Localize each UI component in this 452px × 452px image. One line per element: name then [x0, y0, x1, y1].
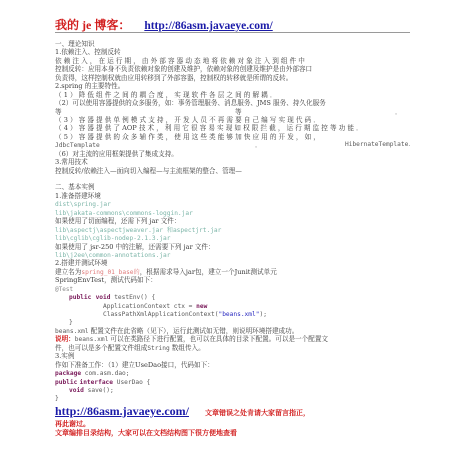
- jar-path: lib\aspectj\aspectjweaver.jar 和aspectjrt…: [55, 227, 221, 234]
- code-keyword: public: [55, 379, 77, 386]
- feature-item: （ 3 ） 容 器 提 供 单 例 模 式 支 持 ， 开 发 人 员 不 再 …: [55, 116, 415, 124]
- code-keyword: package: [55, 370, 81, 377]
- paragraph-line: 作如下准备工作：（1）建立UseDao接口，代码如下：: [55, 361, 415, 369]
- code-keyword: void: [96, 294, 111, 301]
- footer-note: 文章错误之处肯请大家留言指正，: [205, 408, 310, 417]
- paragraph-line: 负责得，这样控制权就由应用转移到了外部容器，控制权的转移就是所谓的反转。: [55, 74, 415, 82]
- footer-structure-note: 文章编排目录结构，大家可以在文档结构图下很方便地查看: [55, 428, 425, 437]
- document-body: 一、理论知识 1.依赖注入、控制反转 依 赖 注 入 ， 在 运 行 期 ， 由…: [55, 40, 415, 403]
- text: 等: [235, 108, 242, 116]
- paragraph-line: 如果使用了 jsr-250 中的注解，还需要下列 jar 文件：: [55, 243, 415, 251]
- blog-label: 我的 je 博客：: [55, 18, 130, 32]
- feature-item: （ 4 ） 容 器 提 供 了 AOP 技 术 ， 利 用 它 很 容 易 实 …: [55, 124, 415, 132]
- code-text: UserDao {: [113, 379, 150, 386]
- subheading: 1.依赖注入、控制反转: [55, 48, 415, 56]
- file-name: beans.xml: [55, 328, 89, 335]
- footer-thanks: 再此谢过。: [55, 419, 425, 428]
- text: 数组传入。: [170, 344, 205, 352]
- section-heading: 二、基本实例: [55, 183, 415, 191]
- class-name: HibernateTemplate．: [345, 141, 415, 149]
- subheading: 1.准备搭建环境: [55, 192, 415, 200]
- text: ，根据需求导入jar包，建立一个Junit测试单元: [140, 268, 277, 276]
- feature-item: （2）可以使用容器提供的众多服务，如：事务管理服务、消息服务、JMS 服务、持久…: [55, 99, 415, 107]
- feature-item: （ 1 ） 降 低 组 件 之 间 的 耦 合 度 ， 实 现 软 件 各 层 …: [55, 91, 415, 99]
- subheading: 2.spring 的主要特性。: [55, 82, 415, 90]
- type-name: String: [147, 345, 169, 352]
- code-keyword: public: [69, 294, 91, 301]
- feature-item-cont: JdbcTemplate ． HibernateTemplate．: [55, 141, 415, 149]
- jar-path: lib\cglib\cglib-nodep-2.1.3.jar: [55, 235, 170, 242]
- feature-item: （6）对主流的应用框架提供了集成支持。: [55, 150, 415, 158]
- paragraph-line: 控制反转/依赖注入—面向切入编程—与主流框架的整合、管理—: [55, 167, 415, 175]
- code-text: ClassPathXmlApplicationContext(: [103, 311, 218, 318]
- code-annotation: @Test: [55, 286, 73, 293]
- code-line: package com.asm.dao;: [55, 369, 415, 377]
- paragraph-line: 件，也可以是多个配置文件组成String 数组传入。: [55, 344, 415, 352]
- code-string: "beans.xml": [218, 311, 259, 318]
- page-footer: http://86asm.javaeye.com/文章错误之处肯请大家留言指正，…: [55, 400, 425, 437]
- page-header: 我的 je 博客：http://86asm.javaeye.com/: [55, 14, 410, 33]
- feature-item: （ 5 ） 容 器 提 供 的 众 多 辅 作 类 ， 使 用 这 些 类 能 …: [55, 133, 415, 141]
- code-text: save();: [84, 387, 114, 394]
- section-heading: 一、理论知识: [55, 40, 415, 48]
- text: ．: [395, 108, 402, 116]
- code-text: );: [259, 311, 266, 318]
- paragraph-line: 控制反转：应用本身不负责依赖对象的创建及维护，依赖对象的创建及维护是由外部容口: [55, 65, 415, 73]
- subheading: 3.常用技术: [55, 158, 415, 166]
- paragraph-line: 说明：beans.xml 可以在类路径下进行配置，也可以在具体的目录下配置。可以…: [55, 335, 415, 343]
- paragraph-line: SpringEnvTest，测试代码如下：: [55, 276, 415, 284]
- project-name: spring_01_base的: [81, 269, 139, 276]
- code-text: }: [69, 319, 73, 326]
- jar-path: dist\spring.jar: [55, 201, 111, 208]
- code-keyword: new: [196, 303, 207, 310]
- text: 件，也可以是多个配置文件组成: [55, 344, 147, 352]
- code-line: void save();: [55, 386, 415, 394]
- paragraph-line: 建立名为spring_01_base的，根据需求导入jar包，建立一个Junit…: [55, 268, 415, 276]
- note-label: 说明：: [55, 335, 75, 343]
- subheading: 2.搭建并测试环境: [55, 259, 415, 267]
- code-line: public void testEnv() {: [55, 293, 415, 301]
- file-name: beans.xml: [75, 336, 109, 343]
- code-text: ApplicationContext ctx =: [103, 303, 196, 310]
- code-keyword: interface: [79, 379, 113, 386]
- paragraph-line: 如果使用了切面编程，还需下列 jar 文件：: [55, 217, 415, 225]
- text: 等: [55, 108, 62, 116]
- code-text: testEnv() {: [110, 294, 155, 301]
- code-text: com.asm.dao;: [81, 370, 129, 377]
- code-line: ClassPathXmlApplicationContext("beans.xm…: [55, 310, 415, 318]
- blog-link[interactable]: http://86asm.javaeye.com/: [144, 20, 272, 32]
- text: 建立名为: [55, 268, 81, 276]
- paragraph-line: 依 赖 注 入 ， 在 运 行 期 ， 由 外 部 容 器 动 态 地 将 依 …: [55, 57, 415, 65]
- footer-blog-link[interactable]: http://86asm.javaeye.com/: [55, 404, 189, 418]
- code-line: public interface UserDao {: [55, 378, 415, 386]
- jar-path: lib\j2ee\common-annotations.jar: [55, 252, 170, 259]
- paragraph-line: beans.xml 配置文件在此省略（见下），运行此测试如无错，则说明环境搭建成…: [55, 327, 415, 335]
- text: ．: [255, 141, 262, 149]
- subheading: 3.实例: [55, 352, 415, 360]
- text: 可以在类路径下进行配置，也可以在具体的目录下配置。可以是一个配置文: [108, 335, 328, 343]
- jar-path: lib\jakata-commons\commons-loggin.jar: [55, 210, 193, 217]
- feature-item-cont: 等 等 ．: [55, 108, 415, 116]
- code-keyword: void: [69, 387, 84, 394]
- code-line: ApplicationContext ctx = new: [55, 302, 415, 310]
- class-name: JdbcTemplate: [55, 142, 100, 149]
- text: 配置文件在此省略（见下），运行此测试如无错，则说明环境搭建成功。: [89, 327, 299, 335]
